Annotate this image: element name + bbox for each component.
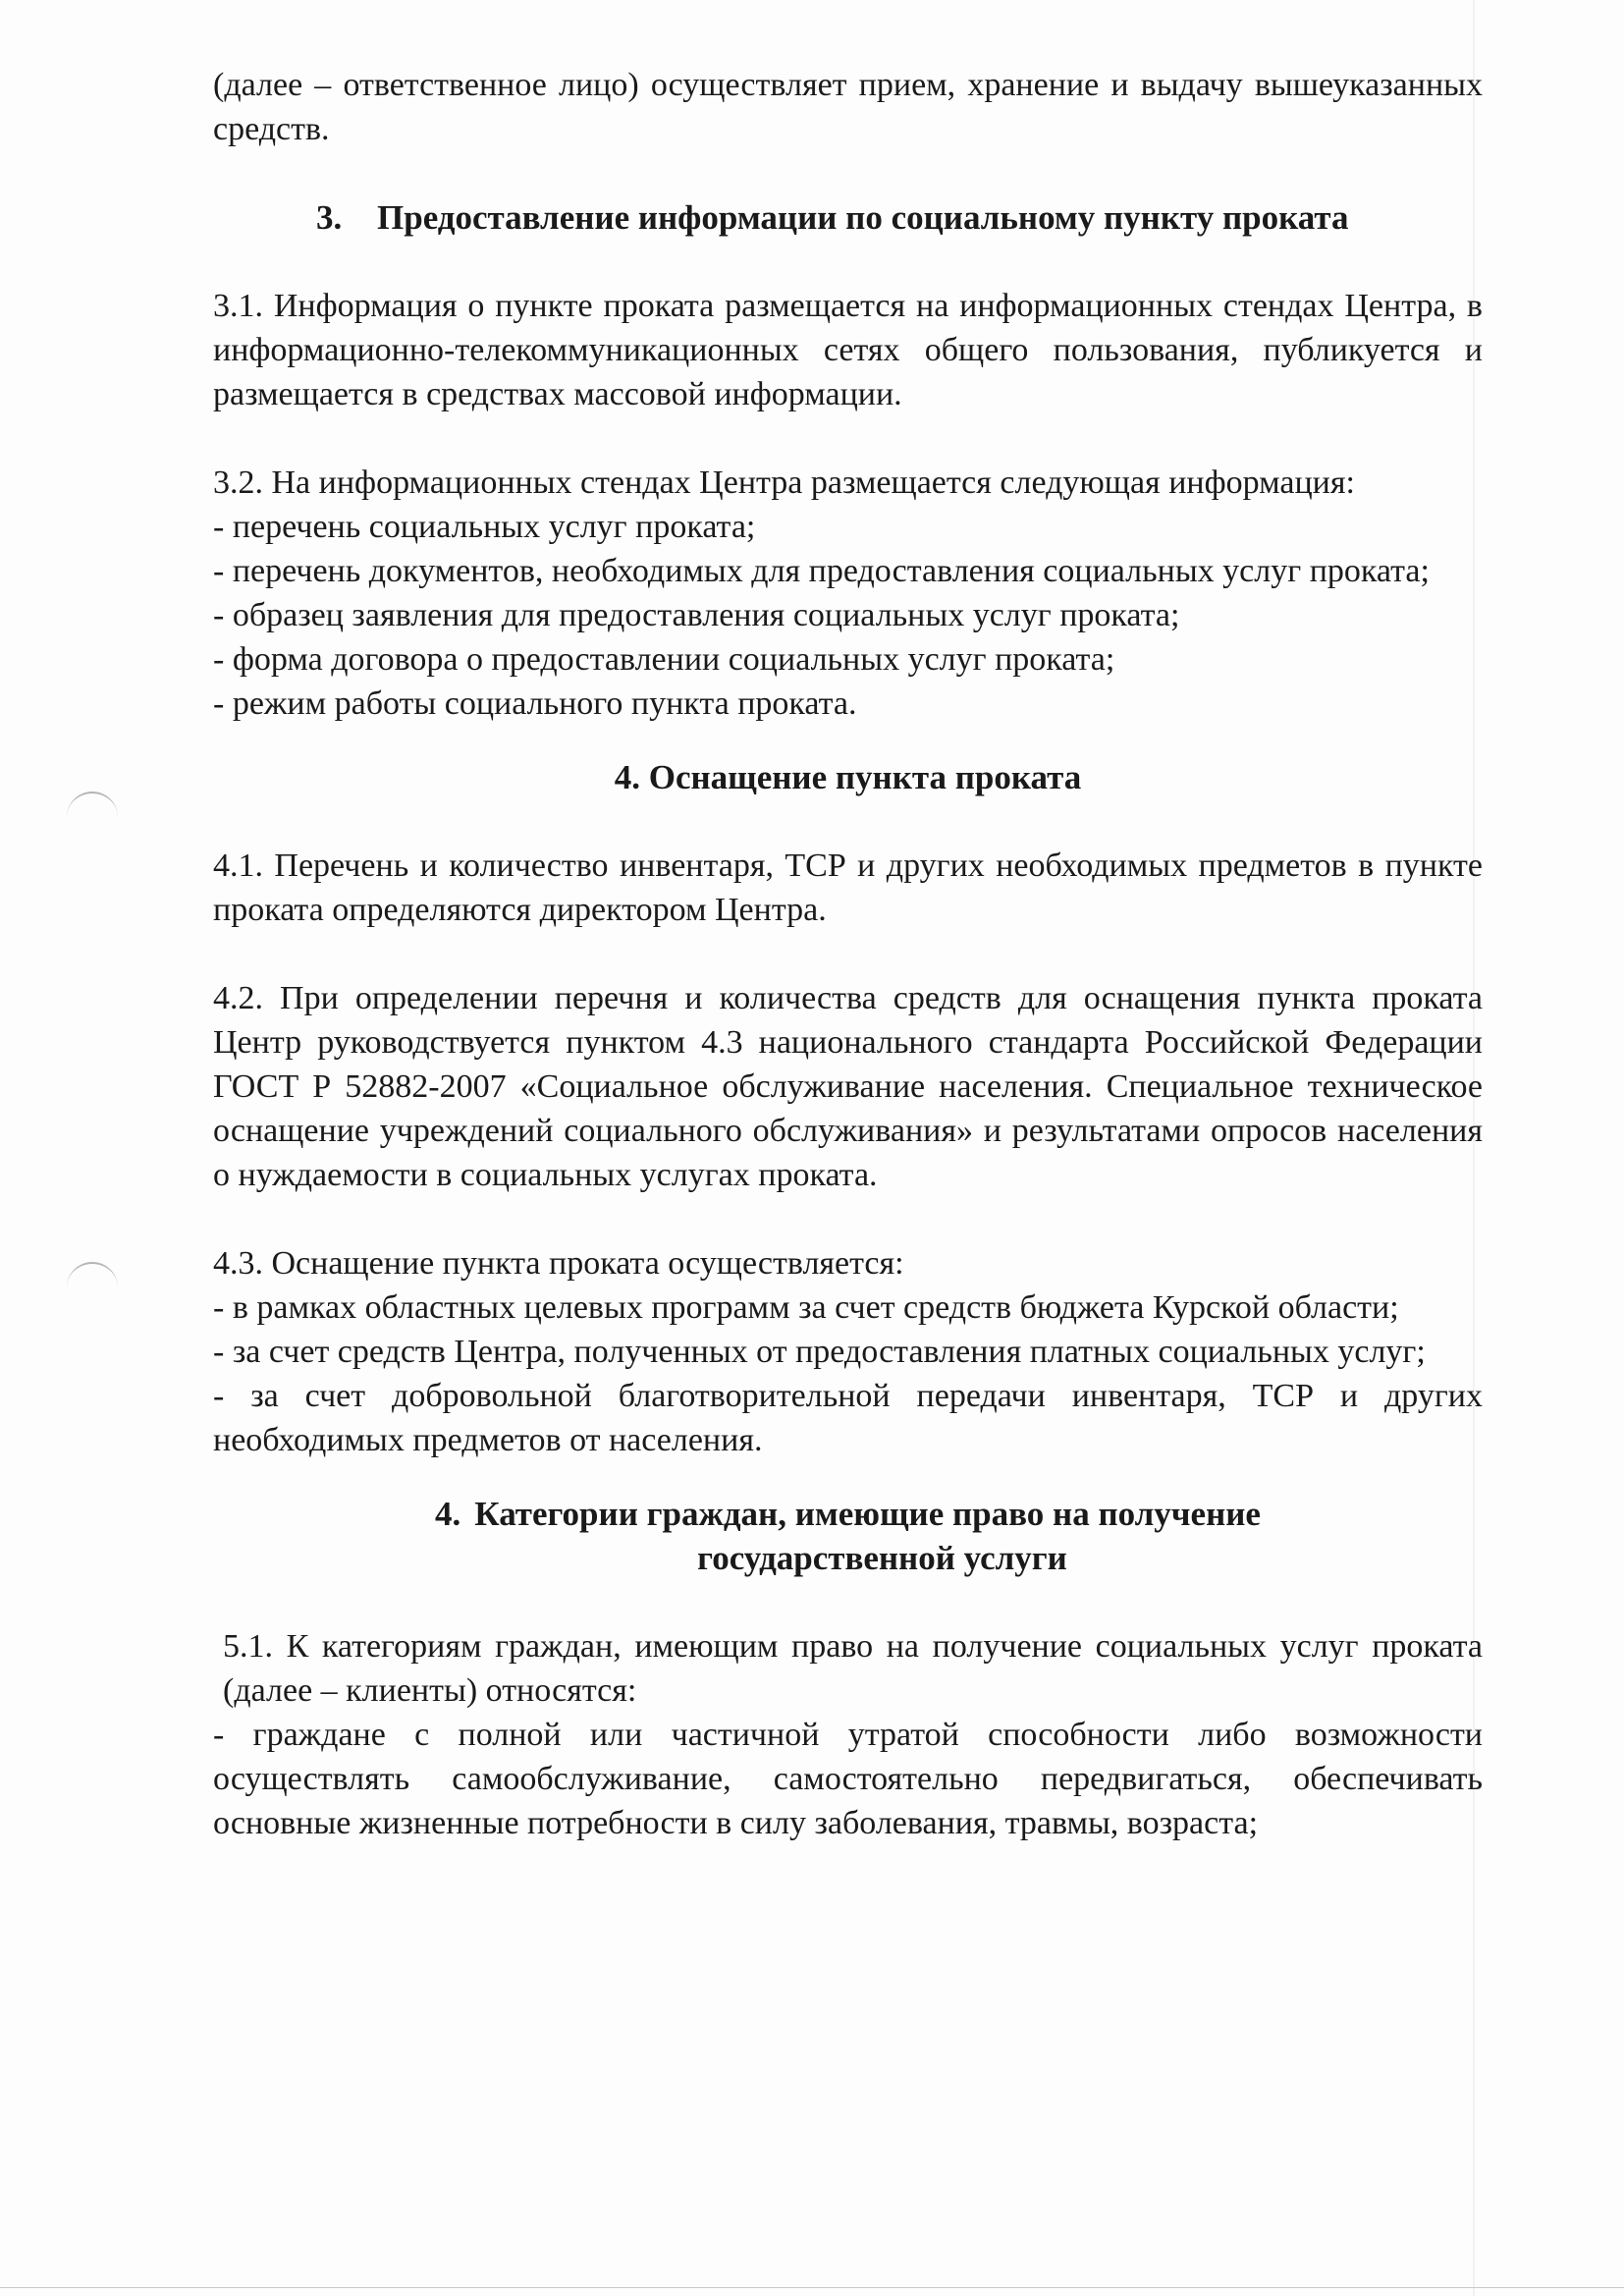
list-item: - форма договора о предоставлении социал…	[213, 637, 1483, 682]
paragraph-3-2-lead: 3.2. На информационных стендах Центра ра…	[213, 461, 1483, 505]
list-item: - перечень социальных услуг проката;	[213, 505, 1483, 549]
list-item: - граждане с полной или частичной утрато…	[213, 1713, 1483, 1845]
document-body: (далее – ответственное лицо) осуществляе…	[213, 63, 1483, 1845]
page-bottom-edge	[0, 2287, 1624, 2288]
punch-hole-mark	[67, 1262, 118, 1287]
section-title-line-2: государственной услуги	[628, 1539, 1067, 1577]
section-5-heading: 4.Категории граждан, имеющие право на по…	[213, 1492, 1483, 1580]
paragraph-4-1: 4.1. Перечень и количество инвентаря, ТС…	[213, 844, 1483, 932]
list-item: - за счет добровольной благотворительной…	[213, 1374, 1483, 1462]
document-page: (далее – ответственное лицо) осуществляе…	[0, 0, 1624, 2296]
list-item: - перечень документов, необходимых для п…	[213, 549, 1483, 593]
section-3-heading: 3.Предоставление информации по социально…	[213, 195, 1483, 240]
section-number: 4.	[435, 1495, 460, 1533]
section-title: Предоставление информации по социальному…	[377, 198, 1348, 237]
paragraph-5-1-lead: 5.1. К категориям граждан, имеющим право…	[213, 1624, 1483, 1713]
section-title-line-1: Категории граждан, имеющие право на полу…	[474, 1495, 1261, 1533]
intro-paragraph: (далее – ответственное лицо) осуществляе…	[213, 63, 1483, 151]
paragraph-3-1: 3.1. Информация о пункте проката размеща…	[213, 284, 1483, 416]
list-item: - за счет средств Центра, полученных от …	[213, 1330, 1483, 1374]
punch-hole-mark	[67, 792, 118, 817]
list-item: - режим работы социального пункта прокат…	[213, 682, 1483, 726]
list-item: - в рамках областных целевых программ за…	[213, 1285, 1483, 1330]
paragraph-4-2: 4.2. При определении перечня и количеств…	[213, 976, 1483, 1197]
paragraph-4-3-lead: 4.3. Оснащение пункта проката осуществля…	[213, 1241, 1483, 1285]
list-item: - образец заявления для предоставления с…	[213, 593, 1483, 637]
section-4-heading: 4. Оснащение пункта проката	[213, 755, 1483, 799]
section-number: 3.	[316, 195, 377, 240]
